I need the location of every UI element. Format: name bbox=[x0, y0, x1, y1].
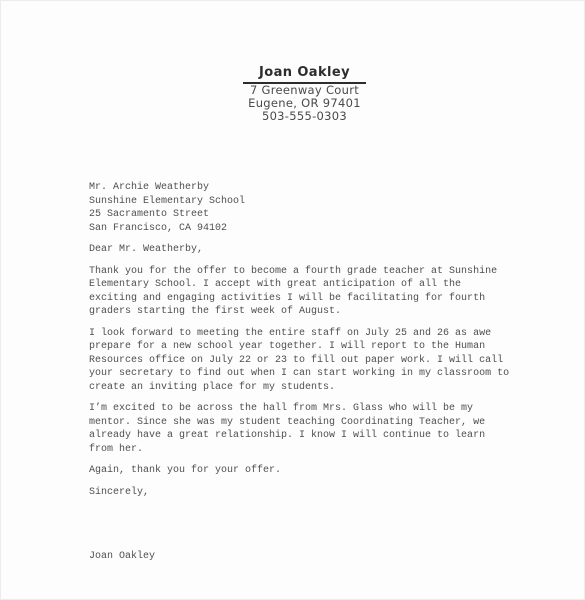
letterhead: Joan Oakley 7 Greenway Court Eugene, OR … bbox=[13, 1, 585, 123]
signature-name: Joan Oakley bbox=[89, 550, 534, 564]
paragraph-thanks: Again, thank you for your offer. bbox=[89, 464, 534, 478]
paragraph-logistics: I look forward to meeting the entire sta… bbox=[89, 327, 534, 395]
paragraph-mentor: I’m excited to be across the hall from M… bbox=[89, 402, 534, 456]
sender-name: Joan Oakley bbox=[243, 65, 366, 84]
paragraph-acceptance: Thank you for the offer to become a four… bbox=[89, 265, 534, 319]
sender-phone: 503-555-0303 bbox=[13, 110, 585, 123]
recipient-address: Mr. Archie Weatherby Sunshine Elementary… bbox=[89, 181, 534, 235]
salutation: Dear Mr. Weatherby, bbox=[89, 243, 534, 257]
closing: Sincerely, bbox=[89, 486, 534, 500]
letter-page: Joan Oakley 7 Greenway Court Eugene, OR … bbox=[0, 0, 585, 600]
letter-body: Mr. Archie Weatherby Sunshine Elementary… bbox=[89, 181, 534, 564]
